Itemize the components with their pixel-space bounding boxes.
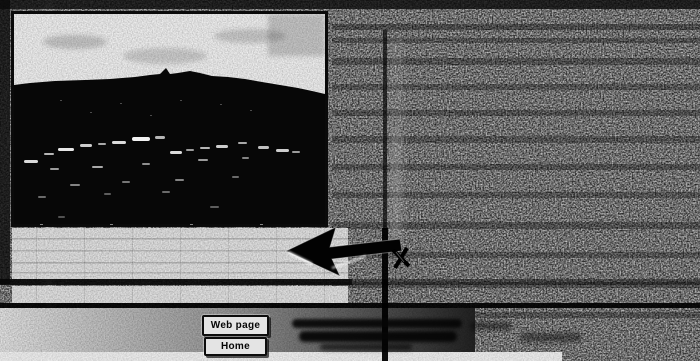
bottom-strip-highlight xyxy=(0,352,562,361)
crease-dark-line xyxy=(383,30,387,230)
rule-mid xyxy=(0,279,352,285)
photo-mountains-and-sea xyxy=(14,68,325,226)
illegible-text-smudge xyxy=(470,322,512,330)
page-edge-top xyxy=(0,0,700,9)
illegible-text-smudge xyxy=(299,331,457,342)
illegible-text-smudge xyxy=(320,344,412,350)
landscape-photo xyxy=(11,11,328,227)
scan-background xyxy=(0,0,700,361)
page-edge-left xyxy=(0,0,10,284)
illegible-text-smudge xyxy=(520,333,582,342)
home-button[interactable]: Home xyxy=(204,337,267,356)
web-page-button[interactable]: Web page xyxy=(202,315,269,336)
web-page-button-label: Web page xyxy=(211,321,260,331)
rule-bottom xyxy=(0,303,700,308)
scanned-ui-screenshot: Web page Home xyxy=(0,0,700,361)
rule-mid-right xyxy=(352,279,700,285)
home-button-label: Home xyxy=(221,342,250,352)
illegible-text-smudge xyxy=(292,319,462,328)
crease-light-streak-core xyxy=(391,130,401,240)
